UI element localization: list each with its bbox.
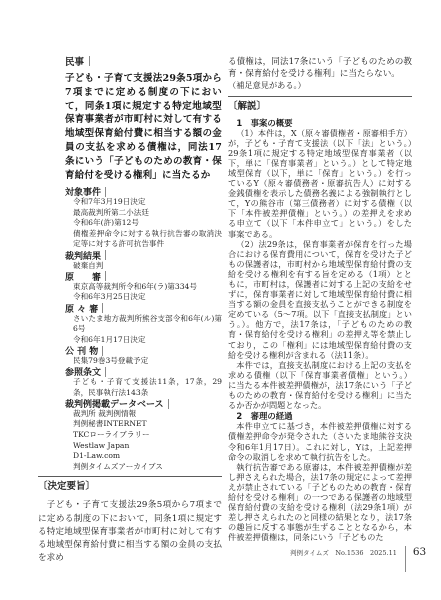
meta-section-statutes: 参照条文 子ども・子育て支援法11条，17条，29条，民事執行法143条 xyxy=(65,366,222,398)
meta-section-lower-court: 原 審 東京高等裁判所令和6年(ラ)第334号 令和6年3月25日決定 xyxy=(65,271,222,303)
meta-section-target-case: 対象事件 令和7年3月19日決定 最高裁判所第二小法廷 令和6年(許)第12号 … xyxy=(65,186,222,250)
left-column: 民事 子ども・子育て支援法29条5項から7項までに定める制度の下において，同条1… xyxy=(38,55,222,565)
category-label: 民事 xyxy=(65,54,84,68)
footer-page-number: 63 xyxy=(413,546,426,558)
summary-divider-rule xyxy=(38,476,222,477)
vertical-rule xyxy=(105,271,106,281)
commentary-paragraph: 執行抗告審である原審は，本件被差押債権が差し押さえられた場合，法17条の規定によ… xyxy=(228,462,412,543)
meta-section-databases: 裁判例掲載データベース 裁判所 裁判例情報 判例秘書INTERNET TKCロー… xyxy=(65,398,222,472)
commentary-heading: 〔解説〕 xyxy=(228,101,412,113)
commentary-section-1-title: 1 事案の概要 xyxy=(228,118,412,128)
meta-label: 原 々 審 xyxy=(65,303,222,314)
commentary-body: 1 事案の概要 （1）本件は，X（原々審債権者・原審相手方）が，子ども・子育て支… xyxy=(228,118,412,543)
vertical-rule xyxy=(105,187,106,197)
vertical-rule xyxy=(102,303,103,313)
decision-summary-text: 子ども・子育て支援法29条5項から7項までに定める制度の下において，同条1項に規… xyxy=(38,499,222,565)
meta-section-publication: 公 刊 物 民集79巻3号登載予定 xyxy=(65,345,222,366)
meta-label-text: 原 審 xyxy=(65,270,101,283)
meta-line: 判例タイムズアーカイブス xyxy=(73,462,222,473)
meta-label: 裁判例掲載データベース xyxy=(65,398,222,409)
commentary-divider-rule xyxy=(228,96,412,97)
page-footer: 判例タイムズ No.1536 2025.11 63 xyxy=(290,546,426,572)
meta-line: 裁判所 裁判例情報 xyxy=(73,409,222,420)
meta-line: さいたま地方裁判所熊谷支部令和6年(ル)第6号 xyxy=(73,314,222,335)
case-meta: 対象事件 令和7年3月19日決定 最高裁判所第二小法廷 令和6年(許)第12号 … xyxy=(65,186,222,472)
journal-page: 民事 子ども・子育て支援法29条5項から7項までに定める制度の下において，同条1… xyxy=(0,0,441,600)
meta-line: 令和6年(許)第12号 xyxy=(73,218,222,229)
case-headline: 子ども・子育て支援法29条5項から7項までに定める制度の下において，同条1項に規… xyxy=(65,72,222,182)
meta-line: 東京高等裁判所令和6年(ラ)第334号 xyxy=(73,282,222,293)
meta-label: 対象事件 xyxy=(65,186,222,197)
meta-line: D1-Law.com xyxy=(73,451,222,462)
vertical-rule xyxy=(105,250,106,260)
commentary-paragraph: 本件では，直接支払制度における上記の支払を求める債権（以下「保育事業者債権」とい… xyxy=(228,360,412,410)
meta-line: 最高裁判所第二小法廷 xyxy=(73,208,222,219)
meta-label: 裁判結果 xyxy=(65,250,222,261)
footer-vertical-rule xyxy=(405,546,406,572)
vertical-rule xyxy=(168,399,169,409)
commentary-paragraph: （1）本件は，X（原々審債権者・原審相手方）が，子ども・子育て支援法（以下「法」… xyxy=(228,128,412,239)
meta-label: 公 刊 物 xyxy=(65,345,222,356)
meta-line: 判例秘書INTERNET xyxy=(73,419,222,430)
meta-section-first-court: 原 々 審 さいたま地方裁判所熊谷支部令和6年(ル)第6号 令和6年1月17日決… xyxy=(65,303,222,345)
vertical-rule xyxy=(89,56,90,66)
footer-journal-title: 判例タイムズ No.1536 2025.11 xyxy=(290,548,397,558)
decision-summary-continuation: る債権は，同法17条にいう「子どものための教育・保育給付を受ける権利」に当たらな… xyxy=(228,57,412,80)
category-row: 民事 xyxy=(65,55,222,66)
meta-line: 子ども・子育て支援法11条，17条，29条，民事執行法143条 xyxy=(73,377,222,398)
vertical-rule xyxy=(105,367,106,377)
vertical-rule xyxy=(102,346,103,356)
meta-label: 参照条文 xyxy=(65,366,222,377)
meta-line: TKCローライブラリー xyxy=(73,430,222,441)
commentary-section-2-title: 2 審理の経過 xyxy=(228,411,412,421)
right-column: る債権は，同法17条にいう「子どものための教育・保育給付を受ける権利」に当たらな… xyxy=(228,57,412,542)
left-upper-block: 民事 子ども・子育て支援法29条5項から7項までに定める制度の下において，同条1… xyxy=(65,55,222,472)
supplementary-opinion-note: （補足意見がある。） xyxy=(228,80,412,92)
meta-line: 債権差押命令に対する執行抗告審の取消決定等に対する許可抗告事件 xyxy=(73,229,222,250)
decision-summary-heading: 〔決定要旨〕 xyxy=(38,481,222,493)
commentary-paragraph: 本件申立てに基づき，本件被差押債権に対する債権差押命令が発令された（さいたま地熊… xyxy=(228,421,412,461)
meta-section-result: 裁判結果 破棄自判 xyxy=(65,250,222,271)
meta-label-text: 裁判結果 xyxy=(65,249,101,262)
meta-line: Westlaw Japan xyxy=(73,441,222,452)
commentary-paragraph: （2）法29条は，保育事業者が保育を行った場合における保育費用について，保育を受… xyxy=(228,239,412,360)
meta-label-text: 原 々 審 xyxy=(65,302,98,315)
meta-line: 令和7年3月19日決定 xyxy=(73,197,222,208)
meta-label: 原 審 xyxy=(65,271,222,282)
